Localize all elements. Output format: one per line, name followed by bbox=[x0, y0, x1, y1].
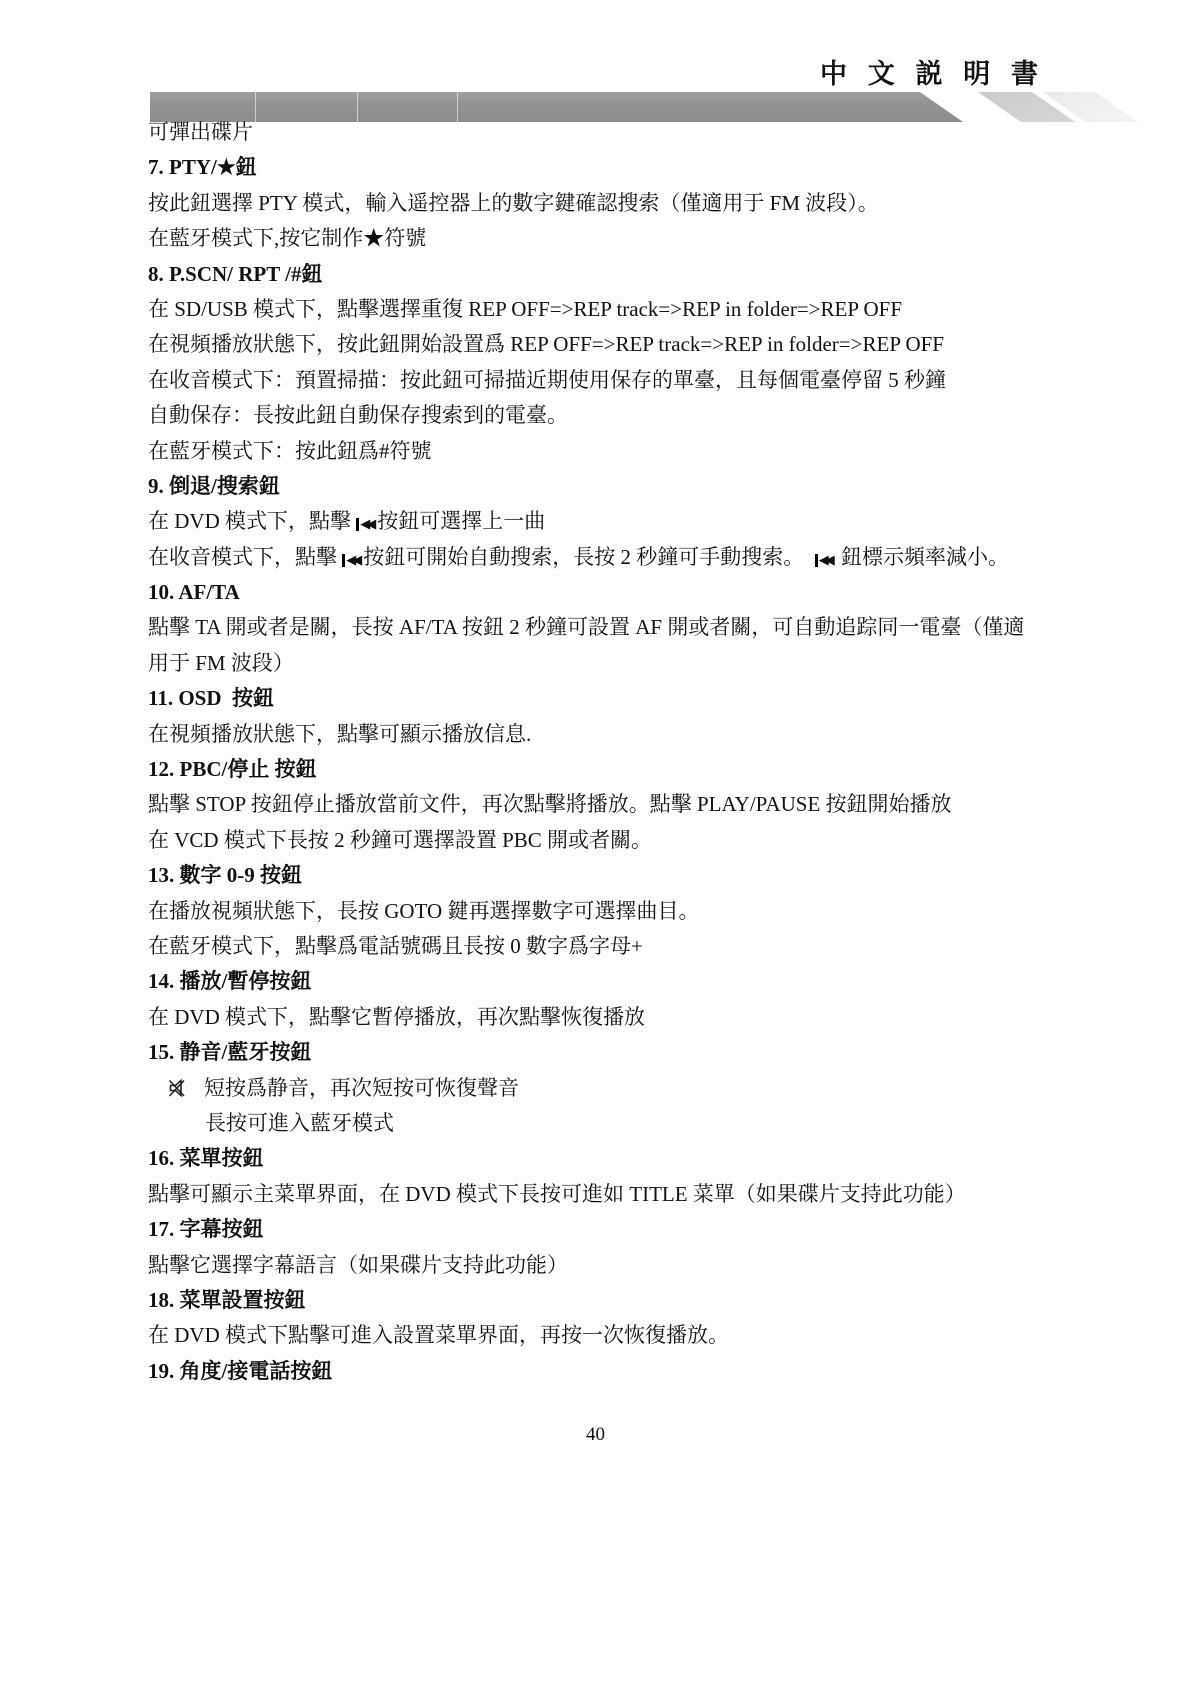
body-line: 自動保存：長按此鈕自動保存搜索到的電臺。 bbox=[148, 398, 1148, 433]
body-line: 短按爲静音，再次短按可恢復聲音 bbox=[148, 1071, 1148, 1106]
skip-back-icon: ◀◀ bbox=[356, 518, 377, 531]
section-heading: 14. 播放/暫停按鈕 bbox=[148, 964, 1148, 999]
section-heading: 11. OSD 按鈕 bbox=[148, 681, 1148, 716]
content: 可彈出碟片7. PTY/★鈕按此鈕選擇 PTY 模式，輸入遥控器上的數字鍵確認搜… bbox=[148, 115, 1148, 1389]
section-heading: 7. PTY/★鈕 bbox=[148, 150, 1148, 185]
body-line: 在 DVD 模式下，點擊 ◀◀按鈕可選擇上一曲 bbox=[148, 504, 1148, 539]
section-heading: 9. 倒退/搜索鈕 bbox=[148, 469, 1148, 504]
manual-page: 中 文 説 明 書 可彈出碟片7. PTY/★鈕按此鈕選擇 PTY 模式，輸入遥… bbox=[0, 0, 1191, 1684]
section-heading: 16. 菜單按鈕 bbox=[148, 1141, 1148, 1176]
body-line: 在藍牙模式下,按它制作★符號 bbox=[148, 221, 1148, 256]
body-line: 在收音模式下：預置掃描：按此鈕可掃描近期使用保存的單臺，且每個電臺停留 5 秒鐘 bbox=[148, 363, 1148, 398]
section-heading: 17. 字幕按鈕 bbox=[148, 1212, 1148, 1247]
body-line: 按此鈕選擇 PTY 模式，輸入遥控器上的數字鍵確認搜索（僅適用于 FM 波段）。 bbox=[148, 186, 1148, 221]
body-line: 在 SD/USB 模式下，點擊選擇重復 REP OFF=>REP track=>… bbox=[148, 292, 1148, 327]
body-line: 可彈出碟片 bbox=[148, 115, 1148, 150]
body-line: 點擊 STOP 按鈕停止播放當前文件，再次點擊將播放。點擊 PLAY/PAUSE… bbox=[148, 787, 1148, 822]
mute-speaker-icon bbox=[167, 1076, 192, 1100]
section-heading: 13. 數字 0-9 按鈕 bbox=[148, 858, 1148, 893]
skip-back-icon: ◀◀ bbox=[815, 554, 836, 567]
body-line: 在視頻播放狀態下，點擊可顯示播放信息. bbox=[148, 717, 1148, 752]
body-line: 在藍牙模式下：按此鈕爲#符號 bbox=[148, 434, 1148, 469]
section-heading: 18. 菜單設置按鈕 bbox=[148, 1283, 1148, 1318]
body-line: 在收音模式下，點擊 ◀◀按鈕可開始自動搜索，長按 2 秒鐘可手動搜索。 ◀◀ 鈕… bbox=[148, 540, 1148, 575]
page-number: 40 bbox=[0, 1424, 1191, 1446]
section-heading: 19. 角度/接電話按鈕 bbox=[148, 1354, 1148, 1389]
section-heading: 10. AF/TA bbox=[148, 575, 1148, 610]
body-line: 點擊 TA 開或者是關，長按 AF/TA 按鈕 2 秒鐘可設置 AF 開或者關，… bbox=[148, 610, 1148, 645]
section-heading: 12. PBC/停止 按鈕 bbox=[148, 752, 1148, 787]
body-line: 在 VCD 模式下長按 2 秒鐘可選擇設置 PBC 開或者關。 bbox=[148, 823, 1148, 858]
body-line: 點擊可顯示主菜單界面，在 DVD 模式下長按可進如 TITLE 菜單（如果碟片支… bbox=[148, 1177, 1148, 1212]
body-line: 在 DVD 模式下，點擊它暫停播放，再次點擊恢復播放 bbox=[148, 1000, 1148, 1035]
body-line: 用于 FM 波段） bbox=[148, 646, 1148, 681]
body-line: 在播放視頻狀態下，長按 GOTO 鍵再選擇數字可選擇曲目。 bbox=[148, 894, 1148, 929]
skip-back-icon: ◀◀ bbox=[342, 554, 363, 567]
body-line: 長按可進入藍牙模式 bbox=[148, 1106, 1148, 1141]
body-line: 點擊它選擇字幕語言（如果碟片支持此功能） bbox=[148, 1248, 1148, 1283]
section-heading: 8. P.SCN/ RPT /#鈕 bbox=[148, 257, 1148, 292]
section-heading: 15. 静音/藍牙按鈕 bbox=[148, 1035, 1148, 1070]
body-line: 在藍牙模式下，點擊爲電話號碼且長按 0 數字爲字母+ bbox=[148, 929, 1148, 964]
body-line: 在 DVD 模式下點擊可進入設置菜單界面，再按一次恢復播放。 bbox=[148, 1318, 1148, 1353]
page-title: 中 文 説 明 書 bbox=[820, 52, 1045, 91]
body-line: 在視頻播放狀態下，按此鈕開始設置爲 REP OFF=>REP track=>RE… bbox=[148, 327, 1148, 362]
